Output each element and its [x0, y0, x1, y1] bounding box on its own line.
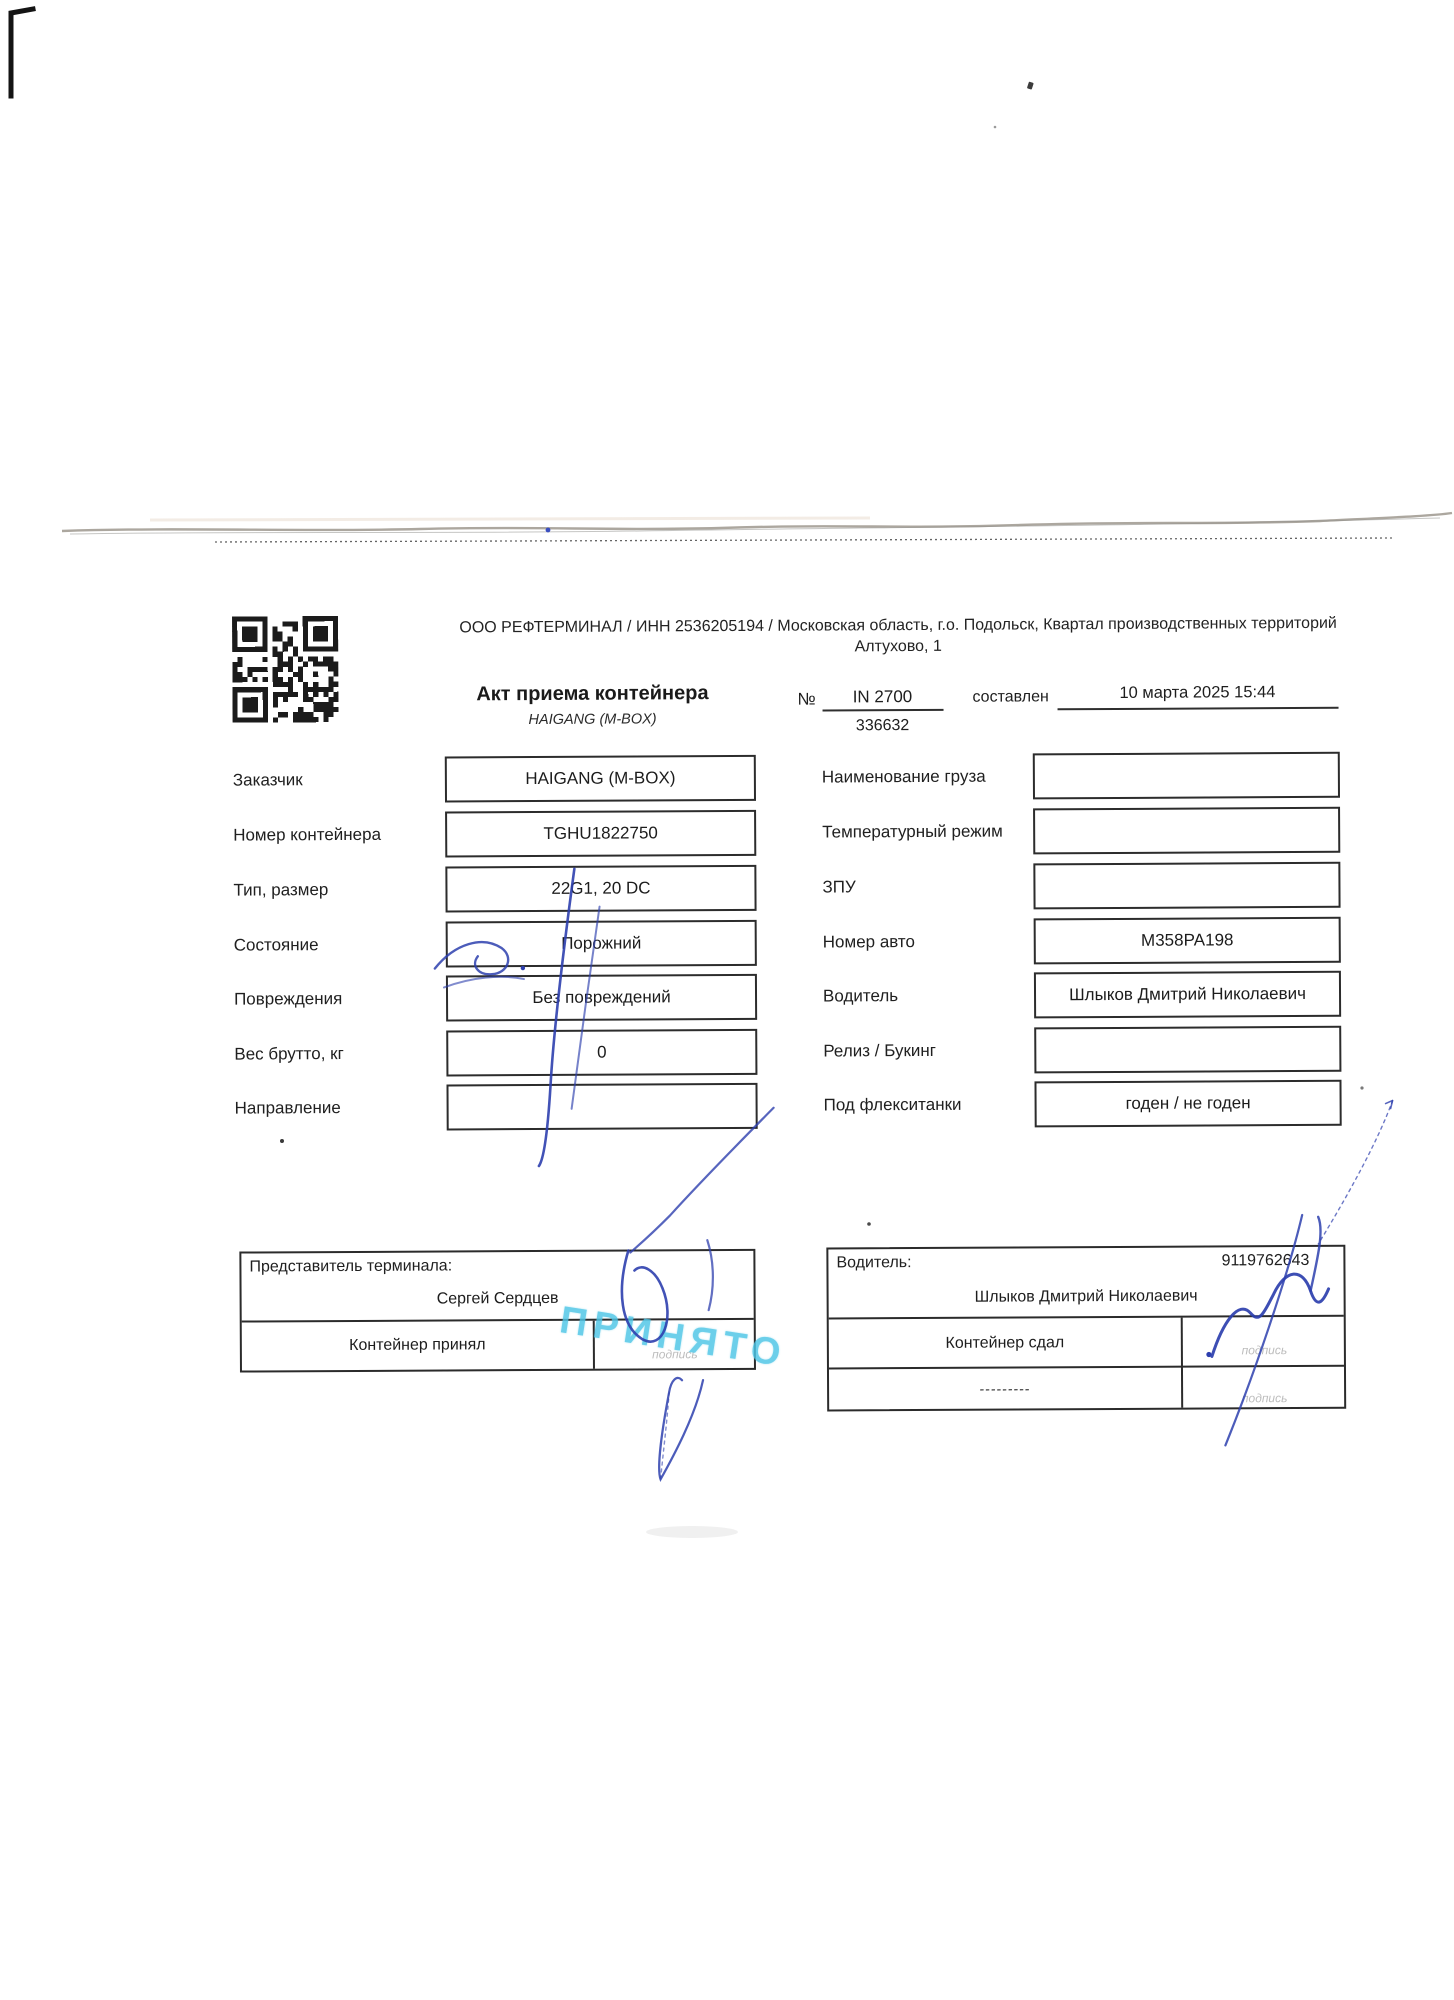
field-label-direction: Направление	[234, 1085, 340, 1132]
field-value-release-booking	[1034, 1026, 1341, 1074]
field-label-cargo-name: Наименование груза	[822, 754, 986, 801]
field-label-release-booking: Релиз / Букинг	[823, 1028, 936, 1075]
driver-action2-label: ---------	[829, 1380, 1181, 1398]
driver-action1-label: Контейнер сдал	[829, 1334, 1181, 1354]
field-value-customer: HAIGANG (M-BOX)	[445, 755, 756, 803]
field-label-container-number: Номер контейнера	[233, 812, 381, 859]
number-sign: №	[797, 690, 815, 710]
composed-underline	[1058, 707, 1339, 710]
field-value-seal	[1033, 862, 1340, 910]
terminal-signature-ink	[660, 1392, 669, 1479]
driver-sign-hint2: подпись	[1183, 1391, 1346, 1406]
field-value-temperature-mode	[1033, 807, 1340, 855]
driver-phone: 9119762643	[1222, 1252, 1310, 1270]
field-value-direction	[446, 1083, 757, 1131]
field-value-truck-number: М358РА198	[1034, 917, 1341, 965]
field-label-seal: ЗПУ	[822, 864, 856, 910]
document-number-sub: 336632	[823, 717, 943, 736]
composed-datetime: 10 марта 2025 15:44	[1057, 683, 1337, 703]
document-title: Акт приема контейнера	[449, 682, 735, 706]
document-subtitle: HAIGANG (M-BOX)	[450, 711, 736, 728]
field-value-driver: Шлыков Дмитрий Николаевич	[1034, 971, 1341, 1019]
terminal-action-label: Контейнер принял	[242, 1336, 593, 1356]
driver-signature-ink	[1386, 1101, 1393, 1109]
field-label-customer: Заказчик	[233, 757, 303, 803]
driver-name: Шлыков Дмитрий Николаевич	[829, 1287, 1344, 1308]
field-label-flexitank: Под флекситанки	[823, 1082, 961, 1129]
field-label-damages: Повреждения	[234, 976, 343, 1023]
terminal-representative-name: Сергей Сердцев	[242, 1289, 754, 1310]
field-value-container-number: TGHU1822750	[445, 810, 756, 858]
field-value-cargo-name	[1033, 752, 1340, 800]
scanned-document: { "header": { "company_line1": "ООО РЕФТ…	[0, 0, 1454, 2000]
field-value-condition: Порожний	[446, 920, 757, 968]
composed-label: составлен	[972, 688, 1048, 706]
driver-sign-hint1: подпись	[1183, 1343, 1346, 1358]
field-label-truck-number: Номер авто	[823, 919, 915, 965]
qr-code	[232, 614, 339, 725]
terminal-header: Представитель терминала:	[249, 1257, 452, 1276]
document-number: IN 2700	[822, 687, 942, 708]
field-value-flexitank: годен / не годен	[1034, 1080, 1341, 1128]
container-acceptance-act: ООО РЕФТЕРМИНАЛ / ИНН 2536205194 / Моско…	[0, 0, 1454, 2000]
table-divider	[829, 1365, 1344, 1370]
company-header: ООО РЕФТЕРМИНАЛ / ИНН 2536205194 / Моско…	[379, 612, 1417, 659]
field-label-temperature-mode: Температурный режим	[822, 809, 1003, 856]
title-block: Акт приема контейнера HAIGANG (M-BOX)	[449, 682, 735, 728]
terminal-signature-ink	[630, 1108, 775, 1253]
field-label-gross-weight: Вес брутто, кг	[234, 1031, 344, 1078]
field-label-driver: Водитель	[823, 973, 898, 1019]
document-number-underline	[823, 709, 944, 712]
field-value-gross-weight: 0	[446, 1029, 757, 1077]
driver-header: Водитель:	[836, 1254, 911, 1272]
table-divider	[829, 1315, 1344, 1320]
field-label-type-size: Тип, размер	[233, 867, 328, 913]
field-value-damages: Без повреждений	[446, 974, 757, 1022]
field-value-type-size: 22G1, 20 DC	[445, 865, 756, 913]
field-label-condition: Состояние	[234, 922, 319, 968]
driver-signature-table: Водитель: 9119762643 Шлыков Дмитрий Нико…	[826, 1245, 1346, 1412]
terminal-signature-ink	[659, 1378, 704, 1480]
